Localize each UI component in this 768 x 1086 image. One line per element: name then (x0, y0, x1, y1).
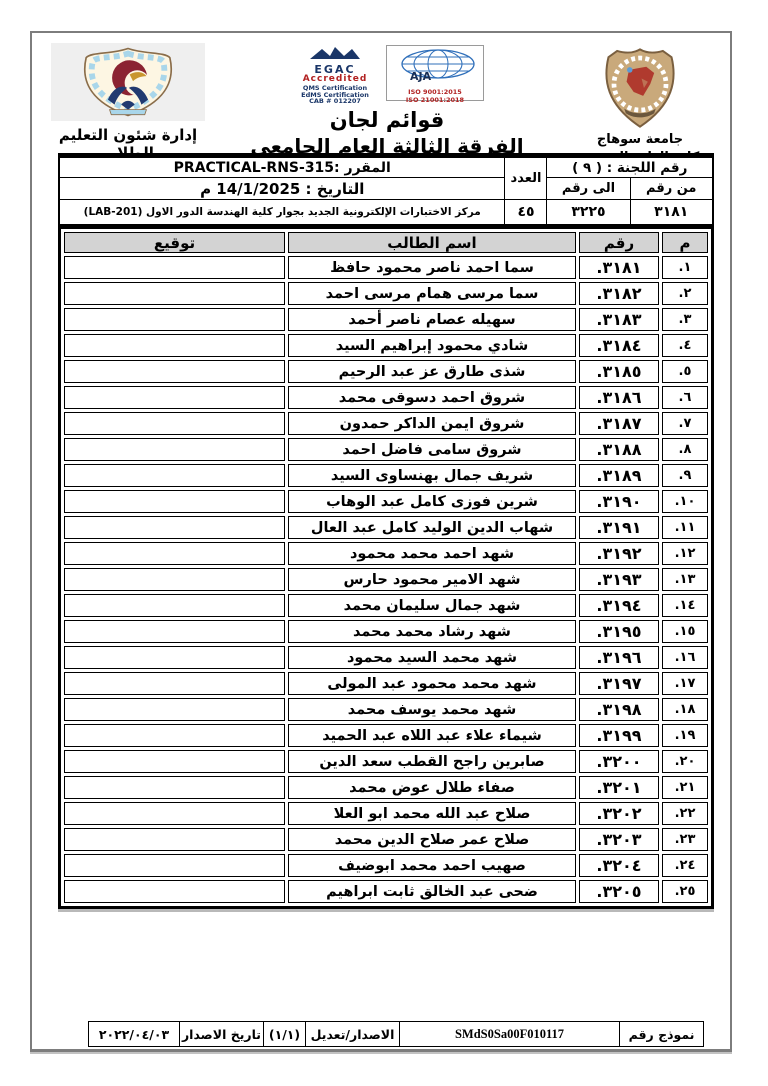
seat-number-cell: ٣٢٠٢. (579, 802, 659, 825)
student-row: ١٦. ٣١٩٦. شهد محمد السيد محمود (64, 646, 708, 669)
student-name-cell: سما احمد ناصر محمود حافظ (288, 256, 576, 279)
serial-cell: ٩. (662, 464, 708, 487)
signature-cell (64, 438, 285, 461)
serial-cell: ١٣. (662, 568, 708, 591)
student-row: ٢٣. ٣٢٠٣. صلاح عمر صلاح الدين محمد (64, 828, 708, 851)
student-name-cell: صلاح عبد الله محمد ابو العلا (288, 802, 576, 825)
seat-number-cell: ٣٢٠٣. (579, 828, 659, 851)
student-row: ٢١. ٣٢٠١. صفاء طلال عوض محمد (64, 776, 708, 799)
egac-pyramids-icon (308, 46, 362, 60)
signature-cell (64, 750, 285, 773)
serial-cell: ٥. (662, 360, 708, 383)
signature-cell (64, 828, 285, 851)
student-name-cell: شروق سامى فاضل احمد (288, 438, 576, 461)
signature-cell (64, 646, 285, 669)
signature-cell (64, 854, 285, 877)
signature-cell (64, 542, 285, 565)
seat-number-cell: ٣١٩٥. (579, 620, 659, 643)
signature-cell (64, 282, 285, 305)
student-name-cell: شهد الامير محمود حارس (288, 568, 576, 591)
student-row: ٢٤. ٣٢٠٤. صهيب احمد محمد ابوضيف (64, 854, 708, 877)
seat-number-cell: ٣١٩٢. (579, 542, 659, 565)
signature-cell (64, 802, 285, 825)
serial-cell: ١٨. (662, 698, 708, 721)
seat-number-cell: ٣١٨٦. (579, 386, 659, 409)
serial-cell: ٧. (662, 412, 708, 435)
count-value: ٤٥ (505, 200, 547, 225)
serial-cell: ١. (662, 256, 708, 279)
student-row: ٥. ٣١٨٥. شذى طارق عز عبد الرحيم (64, 360, 708, 383)
signature-cell (64, 568, 285, 591)
serial-cell: ٢٥. (662, 880, 708, 903)
serial-cell: ٢٢. (662, 802, 708, 825)
issue-date-label: تاريخ الاصدار (180, 1022, 264, 1047)
serial-cell: ١١. (662, 516, 708, 539)
to-number-value: ٣٢٢٥ (547, 200, 630, 225)
committee-number: رقم اللجنة : ( ٩ ) (547, 156, 713, 178)
student-name-cell: شهد جمال سليمان محمد (288, 594, 576, 617)
student-row: ٨. ٣١٨٨. شروق سامى فاضل احمد (64, 438, 708, 461)
student-affairs-logo-icon (69, 46, 187, 118)
serial-cell: ٢١. (662, 776, 708, 799)
student-name-cell: ضحى عبد الخالق ثابت ابراهيم (288, 880, 576, 903)
exam-location: مركز الاختبارات الإلكترونية الجديد بجوار… (59, 200, 505, 225)
university-name: جامعة سوهاج (550, 131, 730, 149)
serial-cell: ١٤. (662, 594, 708, 617)
student-name-cell: سما مرسى همام مرسى احمد (288, 282, 576, 305)
student-name-cell: سهيله عصام ناصر أحمد (288, 308, 576, 331)
exam-info-table: رقم اللجنة : ( ٩ ) العدد المقرر :PRACTIC… (58, 153, 714, 226)
seat-number-cell: ٣١٩٧. (579, 672, 659, 695)
signature-cell (64, 360, 285, 383)
signature-cell (64, 776, 285, 799)
student-name-cell: صهيب احمد محمد ابوضيف (288, 854, 576, 877)
serial-cell: ٦. (662, 386, 708, 409)
student-row: ١٠. ٣١٩٠. شرين فوزى كامل عبد الوهاب (64, 490, 708, 513)
student-row: ٢. ٣١٨٢. سما مرسى همام مرسى احمد (64, 282, 708, 305)
seat-number-cell: ٣١٩٠. (579, 490, 659, 513)
student-row: ١٥. ٣١٩٥. شهد رشاد محمد محمد (64, 620, 708, 643)
page-title: قوائم لجان (224, 108, 550, 132)
student-name-cell: شروق ايمن الداكر حمدون (288, 412, 576, 435)
serial-cell: ١٥. (662, 620, 708, 643)
student-row: ١١. ٣١٩١. شهاب الدين الوليد كامل عبد الع… (64, 516, 708, 539)
signature-cell (64, 672, 285, 695)
course-name: المقرر :PRACTICAL-RNS-315 (59, 156, 505, 178)
student-row: ١٩. ٣١٩٩. شيماء علاء عبد اللاه عبد الحمي… (64, 724, 708, 747)
from-number-value: ٣١٨١ (630, 200, 713, 225)
student-row: ١٣. ٣١٩٣. شهد الامير محمود حارس (64, 568, 708, 591)
student-name-cell: شهد محمد يوسف محمد (288, 698, 576, 721)
form-code: SMdS0Sa00F010117 (400, 1022, 620, 1047)
student-name-cell: شذى طارق عز عبد الرحيم (288, 360, 576, 383)
egac-cert-line-3: CAB # 012207 (290, 98, 380, 105)
signature-cell (64, 880, 285, 903)
col-header-number: رقم (579, 232, 659, 253)
seat-number-cell: ٣٢٠٠. (579, 750, 659, 773)
serial-cell: ٣. (662, 308, 708, 331)
student-row: ٢٢. ٣٢٠٢. صلاح عبد الله محمد ابو العلا (64, 802, 708, 825)
seat-number-cell: ٣١٩٤. (579, 594, 659, 617)
student-name-cell: صابرين راجح القطب سعد الدين (288, 750, 576, 773)
aja-iso-line-2: ISO 21001:2018 (387, 96, 483, 104)
page-frame: جامعة سوهاج كلية الطب البشرى EGAC Accred… (30, 31, 732, 1052)
form-number-label: نموذج رقم (620, 1022, 704, 1047)
signature-cell (64, 620, 285, 643)
seat-number-cell: ٣١٨٨. (579, 438, 659, 461)
serial-cell: ٢٤. (662, 854, 708, 877)
from-number-label: من رقم (630, 178, 713, 200)
student-name-cell: شهاب الدين الوليد كامل عبد العال (288, 516, 576, 539)
serial-cell: ٢٠. (662, 750, 708, 773)
student-table: م رقم اسم الطالب توقيع ١. ٣١٨١. سما احمد… (58, 226, 714, 909)
signature-cell (64, 724, 285, 747)
to-number-label: الى رقم (547, 178, 630, 200)
version-value: (١/١) (264, 1022, 306, 1047)
student-name-cell: شادي محمود إبراهيم السيد (288, 334, 576, 357)
issue-date-value: ٢٠٢٢/٠٤/٠٣ (89, 1022, 180, 1047)
aja-name-text: AJA (410, 70, 432, 83)
student-name-cell: شروق احمد دسوقى محمد (288, 386, 576, 409)
signature-cell (64, 464, 285, 487)
student-table-body: ١. ٣١٨١. سما احمد ناصر محمود حافظ ٢. ٣١٨… (64, 256, 708, 903)
serial-cell: ٢٣. (662, 828, 708, 851)
student-name-cell: شهد محمد السيد محمود (288, 646, 576, 669)
seat-number-cell: ٣١٨٧. (579, 412, 659, 435)
exam-date: التاريخ : 14/1/2025 م (59, 178, 505, 200)
seat-number-cell: ٣١٨٩. (579, 464, 659, 487)
sohag-university-logo-icon (600, 47, 680, 129)
signature-cell (64, 516, 285, 539)
document-page: { "colors": { "table_header_bg": "#d3d3d… (0, 0, 768, 1086)
seat-number-cell: ٣١٨١. (579, 256, 659, 279)
seat-number-cell: ٣٢٠١. (579, 776, 659, 799)
student-name-cell: شرين فوزى كامل عبد الوهاب (288, 490, 576, 513)
egac-accreditation-logo: EGAC Accredited QMS Certification EdMS C… (290, 45, 380, 105)
signature-cell (64, 490, 285, 513)
student-row: ١. ٣١٨١. سما احمد ناصر محمود حافظ (64, 256, 708, 279)
student-row: ٦. ٣١٨٦. شروق احمد دسوقى محمد (64, 386, 708, 409)
student-row: ٢٠. ٣٢٠٠. صابرين راجح القطب سعد الدين (64, 750, 708, 773)
aja-iso-logo: AJA ISO 9001:2015 ISO 21001:2018 (386, 45, 484, 101)
form-footer-table: نموذج رقم SMdS0Sa00F010117 الاصدار/تعديل… (88, 1021, 704, 1047)
count-label: العدد (505, 156, 547, 200)
serial-cell: ١٢. (662, 542, 708, 565)
serial-cell: ١٧. (662, 672, 708, 695)
seat-number-cell: ٣١٩٣. (579, 568, 659, 591)
student-name-cell: شهد احمد محمد محمود (288, 542, 576, 565)
seat-number-cell: ٣١٩٩. (579, 724, 659, 747)
student-table-header-row: م رقم اسم الطالب توقيع (64, 232, 708, 253)
student-row: ٩. ٣١٨٩. شريف جمال بهنساوى السيد (64, 464, 708, 487)
serial-cell: ١٩. (662, 724, 708, 747)
student-row: ١٨. ٣١٩٨. شهد محمد يوسف محمد (64, 698, 708, 721)
aja-globe-icon: AJA (392, 48, 478, 84)
serial-cell: ٨. (662, 438, 708, 461)
signature-cell (64, 594, 285, 617)
signature-cell (64, 334, 285, 357)
student-name-cell: شهد رشاد محمد محمد (288, 620, 576, 643)
seat-number-cell: ٣١٨٥. (579, 360, 659, 383)
signature-cell (64, 386, 285, 409)
serial-cell: ١٠. (662, 490, 708, 513)
seat-number-cell: ٣١٩٦. (579, 646, 659, 669)
student-row: ٣. ٣١٨٣. سهيله عصام ناصر أحمد (64, 308, 708, 331)
seat-number-cell: ٣١٨٣. (579, 308, 659, 331)
aja-iso-line-1: ISO 9001:2015 (387, 88, 483, 96)
student-name-cell: صلاح عمر صلاح الدين محمد (288, 828, 576, 851)
student-name-cell: شريف جمال بهنساوى السيد (288, 464, 576, 487)
serial-cell: ٤. (662, 334, 708, 357)
serial-cell: ١٦. (662, 646, 708, 669)
student-name-cell: صفاء طلال عوض محمد (288, 776, 576, 799)
signature-cell (64, 412, 285, 435)
version-label: الاصدار/تعديل (306, 1022, 400, 1047)
student-row: ٤. ٣١٨٤. شادي محمود إبراهيم السيد (64, 334, 708, 357)
signature-cell (64, 308, 285, 331)
student-row: ٢٥. ٣٢٠٥. ضحى عبد الخالق ثابت ابراهيم (64, 880, 708, 903)
seat-number-cell: ٣٢٠٤. (579, 854, 659, 877)
seat-number-cell: ٣٢٠٥. (579, 880, 659, 903)
signature-cell (64, 256, 285, 279)
seat-number-cell: ٣١٩٨. (579, 698, 659, 721)
accreditation-logos: EGAC Accredited QMS Certification EdMS C… (224, 45, 550, 105)
signature-cell (64, 698, 285, 721)
student-row: ١٤. ٣١٩٤. شهد جمال سليمان محمد (64, 594, 708, 617)
seat-number-cell: ٣١٨٢. (579, 282, 659, 305)
student-row: ١٢. ٣١٩٢. شهد احمد محمد محمود (64, 542, 708, 565)
col-header-signature: توقيع (64, 232, 285, 253)
seat-number-cell: ٣١٩١. (579, 516, 659, 539)
col-header-name: اسم الطالب (288, 232, 576, 253)
student-name-cell: شيماء علاء عبد اللاه عبد الحميد (288, 724, 576, 747)
serial-cell: ٢. (662, 282, 708, 305)
administration-logo-box (51, 43, 205, 121)
col-header-serial: م (662, 232, 708, 253)
student-row: ٧. ٣١٨٧. شروق ايمن الداكر حمدون (64, 412, 708, 435)
student-name-cell: شهد محمد محمود عبد المولى (288, 672, 576, 695)
seat-number-cell: ٣١٨٤. (579, 334, 659, 357)
student-row: ١٧. ٣١٩٧. شهد محمد محمود عبد المولى (64, 672, 708, 695)
